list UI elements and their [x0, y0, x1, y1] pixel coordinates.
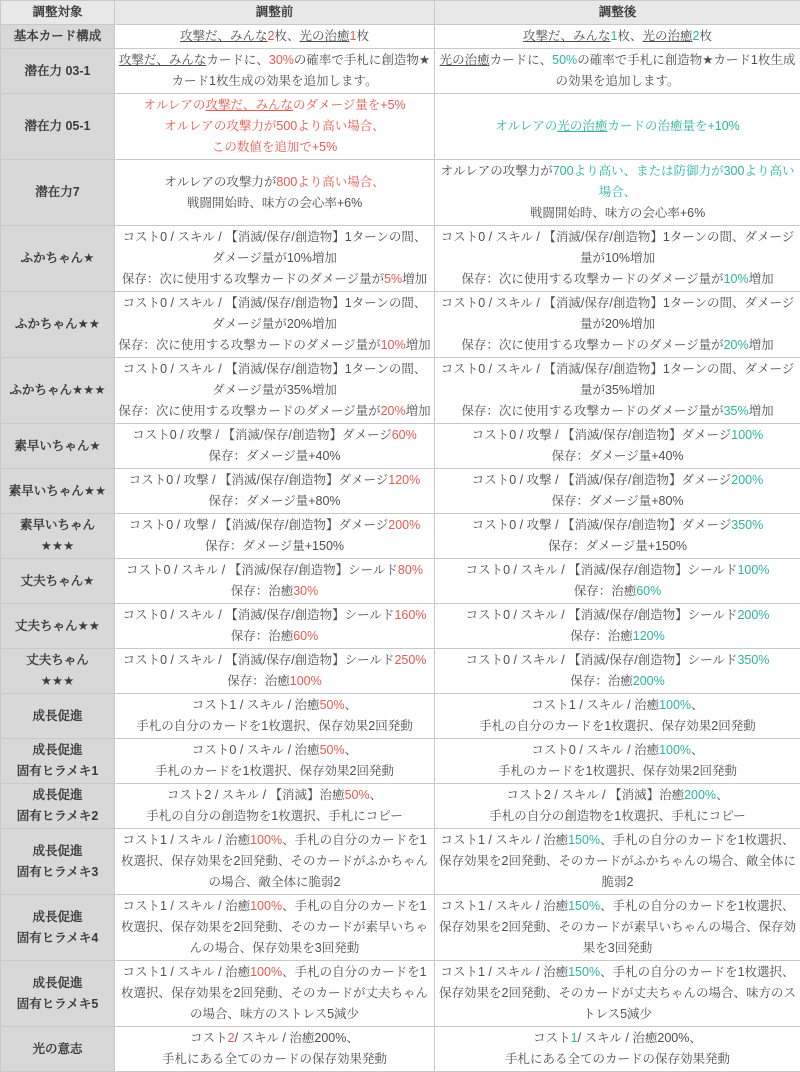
text-segment: 保存：治癒	[574, 584, 637, 598]
text-segment: 戦闘開始時、味方の会心率+6%	[187, 196, 362, 210]
text-segment: カードに、	[206, 53, 269, 67]
after-cell: コスト0 / スキル / 【消滅/保存/創造物】シールド100%保存：治癒60%	[435, 559, 800, 604]
text-line: 攻撃だ、みんな2枚、光の治癒1枚	[118, 26, 431, 47]
header-before: 調整前	[115, 1, 435, 25]
table-row: 素早いちゃん★★コスト0 / 攻撃 / 【消滅/保存/創造物】ダメージ120%保…	[1, 469, 800, 514]
card-name-link[interactable]: 攻撃だ、みんな	[523, 29, 611, 43]
text-segment: 200%	[731, 473, 763, 487]
text-line: 戦闘開始時、味方の会心率+6%	[118, 193, 431, 214]
card-name-link[interactable]: 光の治癒	[557, 119, 607, 133]
target-label-cell: 潜在力7	[1, 160, 115, 226]
text-segment: 増加	[406, 404, 431, 418]
text-line: 攻撃だ、みんな1枚、光の治癒2枚	[438, 26, 797, 47]
text-segment: コスト0 / スキル / 【消滅/保存/創造物】シールド	[466, 653, 738, 667]
text-segment: オルレアの	[143, 98, 205, 112]
table-body: 基本カード構成攻撃だ、みんな2枚、光の治癒1枚攻撃だ、みんな1枚、光の治癒2枚潜…	[1, 25, 800, 1072]
target-label-cell: 成長促進固有ヒラメキ1	[1, 739, 115, 784]
table-row: ふかちゃん★★コスト0 / スキル / 【消滅/保存/創造物】1ターンの間、ダメ…	[1, 292, 800, 358]
target-label-line: 成長促進	[4, 785, 111, 806]
text-segment: 160%	[394, 608, 426, 622]
text-segment: 700より高い、または防御力が300より高い場合、	[553, 164, 795, 199]
text-segment: コスト1 / スキル / 治癒	[122, 899, 250, 913]
target-label-cell: 成長促進固有ヒラメキ4	[1, 895, 115, 961]
table-row: 素早いちゃん★コスト0 / 攻撃 / 【消滅/保存/創造物】ダメージ60%保存：…	[1, 424, 800, 469]
text-segment: コスト0 / 攻撃 / 【消滅/保存/創造物】ダメージ	[132, 428, 392, 442]
text-line: コスト0 / スキル / 治癒100%、	[438, 740, 797, 761]
text-line: コスト1 / スキル / 治癒150%、手札の自分のカードを1枚選択、保存効果を…	[438, 896, 797, 959]
text-segment: 200%	[737, 608, 769, 622]
before-cell: コスト1 / スキル / 治癒100%、手札の自分のカードを1枚選択、保存効果を…	[115, 961, 435, 1027]
text-segment: 100%	[737, 563, 769, 577]
text-segment: 50%	[320, 698, 345, 712]
target-label-line: 潜在力7	[4, 182, 111, 203]
card-name-link[interactable]: 攻撃だ、みんな	[119, 53, 207, 67]
text-segment: コスト0 / スキル / 【消滅/保存/創造物】シールド	[123, 608, 395, 622]
before-cell: コスト2 / スキル / 【消滅】治癒50%、手札の自分の創造物を1枚選択、手札…	[115, 784, 435, 829]
text-segment: 保存：次に使用する攻撃カードのダメージ量が	[461, 338, 723, 352]
text-line: 保存：ダメージ量+80%	[118, 491, 431, 512]
before-cell: コスト0 / スキル / 【消滅/保存/創造物】シールド160%保存：治癒60%	[115, 604, 435, 649]
text-segment: 増加	[402, 272, 427, 286]
text-segment: コスト0 / スキル / 【消滅/保存/創造物】1ターンの間、ダメージ量が20%…	[441, 296, 795, 331]
text-line: 保存：ダメージ量+40%	[118, 446, 431, 467]
text-line: コスト1 / スキル / 治癒100%、手札の自分のカードを1枚選択、保存効果を…	[118, 830, 431, 893]
text-segment: コスト0 / スキル / 【消滅/保存/創造物】1ターンの間、ダメージ量が35%…	[441, 362, 795, 397]
text-segment: 手札にある全てのカードの保存効果発動	[162, 1052, 387, 1066]
after-cell: オルレアの光の治癒カードの治癒量を+10%	[435, 94, 800, 160]
text-segment: のダメージ量を+5%	[293, 98, 406, 112]
text-segment: 保存：次に使用する攻撃カードのダメージ量が	[461, 272, 723, 286]
text-segment: 保存：次に使用する攻撃カードのダメージ量が	[118, 404, 380, 418]
table-row: 丈夫ちゃん★★コスト0 / スキル / 【消滅/保存/創造物】シールド160%保…	[1, 604, 800, 649]
before-cell: コスト0 / スキル / 【消滅/保存/創造物】1ターンの間、ダメージ量が10%…	[115, 226, 435, 292]
text-line: 保存：次に使用する攻撃カードのダメージ量が10%増加	[118, 335, 431, 356]
target-label-line: 光の意志	[4, 1039, 111, 1060]
text-segment: コスト0 / 攻撃 / 【消滅/保存/創造物】ダメージ	[472, 518, 732, 532]
after-cell: コスト1 / スキル / 治癒100%、手札の自分のカードを1枚選択、保存効果2…	[435, 694, 800, 739]
text-line: 手札の自分の創造物を1枚選択、手札にコピー	[118, 806, 431, 827]
text-segment: 200%	[633, 674, 665, 688]
card-name-link[interactable]: 光の治癒	[300, 29, 350, 43]
text-segment: 手札の自分の創造物を1枚選択、手札にコピー	[146, 809, 402, 823]
text-segment: コスト0 / スキル / 【消滅/保存/創造物】シールド	[466, 608, 738, 622]
after-cell: コスト0 / 攻撃 / 【消滅/保存/創造物】ダメージ350%保存：ダメージ量+…	[435, 514, 800, 559]
after-cell: 攻撃だ、みんな1枚、光の治癒2枚	[435, 25, 800, 49]
text-line: コスト0 / 攻撃 / 【消滅/保存/創造物】ダメージ200%	[438, 470, 797, 491]
text-segment: コスト0 / スキル / 【消滅/保存/創造物】シールド	[123, 653, 395, 667]
text-segment: 350%	[731, 518, 763, 532]
target-label-line: ふかちゃん★	[4, 248, 111, 269]
text-segment: 戦闘開始時、味方の会心率+6%	[530, 206, 705, 220]
text-line: コスト0 / スキル / 【消滅/保存/創造物】シールド200%	[438, 605, 797, 626]
text-segment: 150%	[568, 965, 600, 979]
target-label-line: 成長促進	[4, 740, 111, 761]
text-segment: 保存：ダメージ量+150%	[548, 539, 687, 553]
card-name-link[interactable]: 攻撃だ、みんな	[206, 98, 294, 112]
text-segment: 100%	[250, 899, 282, 913]
text-segment: 100%	[659, 743, 691, 757]
card-name-link[interactable]: 光の治癒	[643, 29, 693, 43]
text-segment: 保存：次に使用する攻撃カードのダメージ量が	[122, 272, 384, 286]
table-row: 成長促進固有ヒラメキ2コスト2 / スキル / 【消滅】治癒50%、手札の自分の…	[1, 784, 800, 829]
text-segment: コスト0 / 攻撃 / 【消滅/保存/創造物】ダメージ	[472, 428, 732, 442]
text-segment: コスト1 / スキル / 治癒	[192, 698, 320, 712]
text-segment: 保存：治癒	[231, 584, 294, 598]
before-cell: オルレアの攻撃だ、みんなのダメージ量を+5%オルレアの攻撃力が500より高い場合…	[115, 94, 435, 160]
text-segment: 200%	[684, 788, 716, 802]
text-segment: コスト1 / スキル / 治癒	[122, 833, 250, 847]
text-line: 保存：ダメージ量+150%	[118, 536, 431, 557]
text-line: 光の治癒カードに、50%の確率で手札に創造物★カード1枚生成の効果を追加します。	[438, 50, 797, 92]
text-segment: コスト0 / 攻撃 / 【消滅/保存/創造物】ダメージ	[472, 473, 732, 487]
after-cell: コスト1/ スキル / 治癒200%、手札にある全てのカードの保存効果発動	[435, 1027, 800, 1072]
text-segment: 増加	[749, 338, 774, 352]
before-cell: コスト0 / スキル / 【消滅/保存/創造物】シールド80%保存：治癒30%	[115, 559, 435, 604]
text-segment: 100%	[290, 674, 322, 688]
table-row: 成長促進固有ヒラメキ5コスト1 / スキル / 治癒100%、手札の自分のカード…	[1, 961, 800, 1027]
text-line: コスト0 / スキル / 【消滅/保存/創造物】1ターンの間、ダメージ量が10%…	[438, 227, 797, 269]
text-line: コスト1 / スキル / 治癒150%、手札の自分のカードを1枚選択、保存効果を…	[438, 830, 797, 893]
after-cell: 光の治癒カードに、50%の確率で手札に創造物★カード1枚生成の効果を追加します。	[435, 49, 800, 94]
text-segment: コスト	[190, 1031, 228, 1045]
text-segment: 保存：治癒	[570, 629, 633, 643]
before-cell: コスト0 / スキル / 治癒50%、手札のカードを1枚選択、保存効果2回発動	[115, 739, 435, 784]
text-line: コスト0 / スキル / 【消滅/保存/創造物】1ターンの間、ダメージ量が35%…	[438, 359, 797, 401]
table-header-row: 調整対象 調整前 調整後	[1, 1, 800, 25]
text-line: コスト0 / スキル / 【消滅/保存/創造物】1ターンの間、ダメージ量が10%…	[118, 227, 431, 269]
table-row: 潜在力 03-1攻撃だ、みんなカードに、30%の確率で手札に創造物★カード1枚生…	[1, 49, 800, 94]
text-segment: コスト2 / スキル / 【消滅】治癒	[167, 788, 345, 802]
text-segment: 50%	[320, 743, 345, 757]
text-segment: オルレアの	[495, 119, 557, 133]
text-segment: オルレアの攻撃力が	[441, 164, 553, 178]
target-label-line: 固有ヒラメキ3	[4, 862, 111, 883]
text-line: オルレアの光の治癒カードの治癒量を+10%	[438, 116, 797, 137]
text-segment: 枚、	[617, 29, 642, 43]
text-line: 保存：次に使用する攻撃カードのダメージ量が20%増加	[118, 401, 431, 422]
before-cell: コスト0 / 攻撃 / 【消滅/保存/創造物】ダメージ60%保存：ダメージ量+4…	[115, 424, 435, 469]
card-name-link[interactable]: 攻撃だ、みんな	[180, 29, 268, 43]
text-segment: 保存：ダメージ量+80%	[551, 494, 683, 508]
table-row: 基本カード構成攻撃だ、みんな2枚、光の治癒1枚攻撃だ、みんな1枚、光の治癒2枚	[1, 25, 800, 49]
text-segment: 枚、	[274, 29, 299, 43]
text-line: コスト0 / スキル / 【消滅/保存/創造物】シールド160%	[118, 605, 431, 626]
text-line: オルレアの攻撃力が800より高い場合、	[118, 172, 431, 193]
target-label-line: 潜在力 05-1	[4, 116, 111, 137]
text-line: 手札の自分の創造物を1枚選択、手札にコピー	[438, 806, 797, 827]
target-label-cell: 丈夫ちゃん★	[1, 559, 115, 604]
text-segment: コスト0 / スキル / 【消滅/保存/創造物】シールド	[466, 563, 738, 577]
table-row: ふかちゃん★★★コスト0 / スキル / 【消滅/保存/創造物】1ターンの間、ダ…	[1, 358, 800, 424]
table-row: 素早いちゃん★★★コスト0 / 攻撃 / 【消滅/保存/創造物】ダメージ200%…	[1, 514, 800, 559]
target-label-line: 固有ヒラメキ1	[4, 761, 111, 782]
text-segment: / スキル / 治癒200%、	[235, 1031, 359, 1045]
text-segment: 保存：ダメージ量+40%	[208, 449, 340, 463]
text-segment: 50%	[345, 788, 370, 802]
text-segment: 100%	[250, 833, 282, 847]
target-label-line: ふかちゃん★★	[4, 314, 111, 335]
text-segment: カードに、	[490, 53, 553, 67]
before-cell: 攻撃だ、みんなカードに、30%の確率で手札に創造物★カード1枚生成の効果を追加し…	[115, 49, 435, 94]
text-segment: / スキル / 治癒200%、	[578, 1031, 702, 1045]
table-row: 成長促進固有ヒラメキ1コスト0 / スキル / 治癒50%、手札のカードを1枚選…	[1, 739, 800, 784]
target-label-line: 素早いちゃん★	[4, 436, 111, 457]
text-line: コスト0 / 攻撃 / 【消滅/保存/創造物】ダメージ200%	[118, 515, 431, 536]
target-label-cell: 成長促進固有ヒラメキ3	[1, 829, 115, 895]
text-segment: コスト	[533, 1031, 571, 1045]
text-segment: 150%	[568, 899, 600, 913]
target-label-cell: 素早いちゃん★★★	[1, 514, 115, 559]
text-line: 手札の自分のカードを1枚選択、保存効果2回発動	[438, 716, 797, 737]
text-segment: コスト0 / スキル / 治癒	[192, 743, 320, 757]
text-segment: 20%	[381, 404, 406, 418]
before-cell: コスト2/ スキル / 治癒200%、手札にある全てのカードの保存効果発動	[115, 1027, 435, 1072]
text-line: 保存：治癒60%	[438, 581, 797, 602]
after-cell: コスト0 / スキル / 【消滅/保存/創造物】1ターンの間、ダメージ量が10%…	[435, 226, 800, 292]
text-line: 保存：ダメージ量+150%	[438, 536, 797, 557]
text-line: コスト2/ スキル / 治癒200%、	[118, 1028, 431, 1049]
target-label-line: 成長促進	[4, 706, 111, 727]
before-cell: コスト1 / スキル / 治癒100%、手札の自分のカードを1枚選択、保存効果を…	[115, 829, 435, 895]
text-line: 攻撃だ、みんなカードに、30%の確率で手札に創造物★カード1枚生成の効果を追加し…	[118, 50, 431, 92]
text-line: 戦闘開始時、味方の会心率+6%	[438, 203, 797, 224]
text-segment: コスト0 / 攻撃 / 【消滅/保存/創造物】ダメージ	[129, 518, 389, 532]
target-label-line: 固有ヒラメキ5	[4, 994, 111, 1015]
text-segment: 保存：ダメージ量+150%	[205, 539, 344, 553]
table-row: 光の意志コスト2/ スキル / 治癒200%、手札にある全てのカードの保存効果発…	[1, 1027, 800, 1072]
text-segment: コスト0 / スキル / 治癒	[531, 743, 659, 757]
before-cell: コスト1 / スキル / 治癒50%、手札の自分のカードを1枚選択、保存効果2回…	[115, 694, 435, 739]
table-row: 潜在力7オルレアの攻撃力が800より高い場合、戦闘開始時、味方の会心率+6%オル…	[1, 160, 800, 226]
target-label-cell: 成長促進	[1, 694, 115, 739]
text-segment: 60%	[636, 584, 661, 598]
text-segment: コスト0 / スキル / 【消滅/保存/創造物】シールド	[126, 563, 398, 577]
header-after: 調整後	[435, 1, 800, 25]
text-line: この数値を追加で+5%	[118, 137, 431, 158]
text-line: コスト2 / スキル / 【消滅】治癒200%、	[438, 785, 797, 806]
text-segment: コスト1 / スキル / 治癒	[122, 965, 250, 979]
target-label-line: 成長促進	[4, 841, 111, 862]
text-line: 手札にある全てのカードの保存効果発動	[118, 1049, 431, 1070]
text-segment: 枚	[356, 29, 369, 43]
text-segment: 100%	[731, 428, 763, 442]
text-segment: 120%	[388, 473, 420, 487]
text-line: コスト0 / 攻撃 / 【消滅/保存/創造物】ダメージ120%	[118, 470, 431, 491]
target-label-line: ふかちゃん★★★	[4, 380, 111, 401]
text-segment: 保存：治癒	[231, 629, 294, 643]
text-line: コスト0 / スキル / 【消滅/保存/創造物】シールド350%	[438, 650, 797, 671]
text-line: コスト0 / スキル / 【消滅/保存/創造物】シールド250%	[118, 650, 431, 671]
target-label-cell: 丈夫ちゃん★★	[1, 604, 115, 649]
target-label-line: 固有ヒラメキ2	[4, 806, 111, 827]
text-segment: 手札の自分の創造物を1枚選択、手札にコピー	[489, 809, 745, 823]
text-segment: コスト1 / スキル / 治癒	[440, 899, 568, 913]
text-segment: 60%	[392, 428, 417, 442]
text-line: 手札のカードを1枚選択、保存効果2回発動	[438, 761, 797, 782]
target-label-line: 固有ヒラメキ4	[4, 928, 111, 949]
text-segment: コスト1 / スキル / 治癒	[531, 698, 659, 712]
text-segment: 、	[345, 698, 358, 712]
text-segment: 保存：次に使用する攻撃カードのダメージ量が	[461, 404, 723, 418]
before-cell: コスト1 / スキル / 治癒100%、手札の自分のカードを1枚選択、保存効果を…	[115, 895, 435, 961]
text-line: コスト1 / スキル / 治癒100%、手札の自分のカードを1枚選択、保存効果を…	[118, 962, 431, 1025]
after-cell: コスト1 / スキル / 治癒150%、手札の自分のカードを1枚選択、保存効果を…	[435, 895, 800, 961]
target-label-cell: ふかちゃん★★	[1, 292, 115, 358]
text-segment: 保存：ダメージ量+80%	[208, 494, 340, 508]
text-segment: 30%	[293, 584, 318, 598]
text-segment: 、	[370, 788, 383, 802]
target-label-cell: 基本カード構成	[1, 25, 115, 49]
text-segment: 60%	[293, 629, 318, 643]
text-line: 保存：治癒200%	[438, 671, 797, 692]
text-line: コスト2 / スキル / 【消滅】治癒50%、	[118, 785, 431, 806]
after-cell: コスト1 / スキル / 治癒150%、手札の自分のカードを1枚選択、保存効果を…	[435, 829, 800, 895]
target-label-cell: 素早いちゃん★	[1, 424, 115, 469]
text-segment: 100%	[250, 965, 282, 979]
target-label-cell: ふかちゃん★	[1, 226, 115, 292]
text-segment: 5%	[384, 272, 402, 286]
text-line: 保存：治癒100%	[118, 671, 431, 692]
text-segment: 1	[571, 1031, 578, 1045]
text-segment: コスト0 / スキル / 【消滅/保存/創造物】1ターンの間、ダメージ量が10%…	[123, 230, 427, 265]
text-segment: 保存：治癒	[227, 674, 290, 688]
target-label-line: 成長促進	[4, 907, 111, 928]
text-line: 手札の自分のカードを1枚選択、保存効果2回発動	[118, 716, 431, 737]
before-cell: コスト0 / 攻撃 / 【消滅/保存/創造物】ダメージ120%保存：ダメージ量+…	[115, 469, 435, 514]
text-line: コスト0 / スキル / 【消滅/保存/創造物】1ターンの間、ダメージ量が20%…	[118, 293, 431, 335]
text-segment: 増加	[749, 404, 774, 418]
text-segment: 30%	[269, 53, 294, 67]
text-line: コスト0 / スキル / 治癒50%、	[118, 740, 431, 761]
target-label-cell: 素早いちゃん★★	[1, 469, 115, 514]
target-label-cell: 丈夫ちゃん★★★	[1, 649, 115, 694]
text-line: コスト0 / スキル / 【消滅/保存/創造物】1ターンの間、ダメージ量が20%…	[438, 293, 797, 335]
text-segment: オルレアの攻撃力が500より高い場合、	[164, 119, 385, 133]
text-line: 手札のカードを1枚選択、保存効果2回発動	[118, 761, 431, 782]
after-cell: コスト0 / スキル / 【消滅/保存/創造物】1ターンの間、ダメージ量が20%…	[435, 292, 800, 358]
text-segment: 10%	[724, 272, 749, 286]
text-segment: オルレアの攻撃力が	[164, 175, 276, 189]
text-segment: 50%	[552, 53, 577, 67]
after-cell: コスト0 / 攻撃 / 【消滅/保存/創造物】ダメージ200%保存：ダメージ量+…	[435, 469, 800, 514]
text-segment: コスト1 / スキル / 治癒	[440, 965, 568, 979]
text-line: 保存：治癒120%	[438, 626, 797, 647]
text-line: 保存：ダメージ量+40%	[438, 446, 797, 467]
text-segment: 800より高い場合、	[276, 175, 384, 189]
text-segment: 増加	[749, 272, 774, 286]
text-segment: 保存：ダメージ量+40%	[551, 449, 683, 463]
target-label-line: 素早いちゃん	[4, 515, 111, 536]
after-cell: コスト0 / スキル / 【消滅/保存/創造物】シールド350%保存：治癒200…	[435, 649, 800, 694]
target-label-cell: ふかちゃん★★★	[1, 358, 115, 424]
text-segment: 150%	[568, 833, 600, 847]
text-line: 保存：次に使用する攻撃カードのダメージ量が5%増加	[118, 269, 431, 290]
text-line: コスト1 / スキル / 治癒100%、	[438, 695, 797, 716]
text-segment: 増加	[406, 338, 431, 352]
text-line: コスト1 / スキル / 治癒100%、手札の自分のカードを1枚選択、保存効果を…	[118, 896, 431, 959]
text-segment: 手札の自分のカードを1枚選択、保存効果2回発動	[479, 719, 755, 733]
target-label-line: ★★★	[4, 671, 111, 692]
text-line: 保存：次に使用する攻撃カードのダメージ量が10%増加	[438, 269, 797, 290]
table-row: 成長促進固有ヒラメキ4コスト1 / スキル / 治癒100%、手札の自分のカード…	[1, 895, 800, 961]
target-label-line: 基本カード構成	[4, 26, 111, 47]
text-segment: 250%	[394, 653, 426, 667]
text-segment: コスト0 / スキル / 【消滅/保存/創造物】1ターンの間、ダメージ量が35%…	[123, 362, 427, 397]
text-line: コスト0 / 攻撃 / 【消滅/保存/創造物】ダメージ100%	[438, 425, 797, 446]
table-row: 丈夫ちゃん★コスト0 / スキル / 【消滅/保存/創造物】シールド80%保存：…	[1, 559, 800, 604]
text-segment: 350%	[737, 653, 769, 667]
text-line: コスト0 / スキル / 【消滅/保存/創造物】シールド80%	[118, 560, 431, 581]
text-segment: 2	[228, 1031, 235, 1045]
table-row: ふかちゃん★コスト0 / スキル / 【消滅/保存/創造物】1ターンの間、ダメー…	[1, 226, 800, 292]
text-line: コスト1 / スキル / 治癒150%、手札の自分のカードを1枚選択、保存効果を…	[438, 962, 797, 1025]
text-segment: 枚	[699, 29, 712, 43]
target-label-line: 潜在力 03-1	[4, 61, 111, 82]
table-row: 成長促進固有ヒラメキ3コスト1 / スキル / 治癒100%、手札の自分のカード…	[1, 829, 800, 895]
text-line: 保存：治癒60%	[118, 626, 431, 647]
card-name-link[interactable]: 光の治癒	[440, 53, 490, 67]
text-segment: コスト1 / スキル / 治癒	[440, 833, 568, 847]
text-segment: コスト2 / スキル / 【消滅】治癒	[506, 788, 684, 802]
text-segment: この数値を追加で+5%	[212, 140, 337, 154]
table-row: 丈夫ちゃん★★★コスト0 / スキル / 【消滅/保存/創造物】シールド250%…	[1, 649, 800, 694]
table-row: 成長促進コスト1 / スキル / 治癒50%、手札の自分のカードを1枚選択、保存…	[1, 694, 800, 739]
text-segment: 保存：治癒	[570, 674, 633, 688]
after-cell: コスト1 / スキル / 治癒150%、手札の自分のカードを1枚選択、保存効果を…	[435, 961, 800, 1027]
after-cell: コスト2 / スキル / 【消滅】治癒200%、手札の自分の創造物を1枚選択、手…	[435, 784, 800, 829]
target-label-line: 丈夫ちゃん★	[4, 571, 111, 592]
text-segment: コスト0 / スキル / 【消滅/保存/創造物】1ターンの間、ダメージ量が10%…	[441, 230, 795, 265]
target-label-line: 丈夫ちゃん★★	[4, 616, 111, 637]
text-line: コスト1/ スキル / 治癒200%、	[438, 1028, 797, 1049]
text-segment: 200%	[388, 518, 420, 532]
text-line: オルレアの攻撃力が500より高い場合、	[118, 116, 431, 137]
target-label-line: ★★★	[4, 536, 111, 557]
text-segment: 80%	[398, 563, 423, 577]
before-cell: オルレアの攻撃力が800より高い場合、戦闘開始時、味方の会心率+6%	[115, 160, 435, 226]
text-segment: 手札のカードを1枚選択、保存効果2回発動	[155, 764, 394, 778]
text-segment: 、	[345, 743, 358, 757]
target-label-line: 丈夫ちゃん	[4, 650, 111, 671]
text-segment: コスト0 / スキル / 【消滅/保存/創造物】1ターンの間、ダメージ量が20%…	[123, 296, 427, 331]
text-segment: 、	[716, 788, 729, 802]
after-cell: コスト0 / 攻撃 / 【消滅/保存/創造物】ダメージ100%保存：ダメージ量+…	[435, 424, 800, 469]
text-segment: 手札にある全てのカードの保存効果発動	[505, 1052, 730, 1066]
before-cell: コスト0 / スキル / 【消滅/保存/創造物】シールド250%保存：治癒100…	[115, 649, 435, 694]
text-segment: 10%	[381, 338, 406, 352]
text-segment: 手札のカードを1枚選択、保存効果2回発動	[498, 764, 737, 778]
table-row: 潜在力 05-1オルレアの攻撃だ、みんなのダメージ量を+5%オルレアの攻撃力が5…	[1, 94, 800, 160]
before-cell: コスト0 / スキル / 【消滅/保存/創造物】1ターンの間、ダメージ量が20%…	[115, 292, 435, 358]
text-line: コスト1 / スキル / 治癒50%、	[118, 695, 431, 716]
text-segment: の確率で手札に創造物★カード1枚生成の効果を追加します。	[555, 53, 795, 88]
target-label-cell: 成長促進固有ヒラメキ5	[1, 961, 115, 1027]
target-label-line: 素早いちゃん★★	[4, 481, 111, 502]
after-cell: コスト0 / スキル / 【消滅/保存/創造物】1ターンの間、ダメージ量が35%…	[435, 358, 800, 424]
target-label-cell: 潜在力 05-1	[1, 94, 115, 160]
text-segment: 35%	[724, 404, 749, 418]
after-cell: コスト0 / スキル / 【消滅/保存/創造物】シールド200%保存：治癒120…	[435, 604, 800, 649]
text-line: 保存：ダメージ量+80%	[438, 491, 797, 512]
text-line: コスト0 / スキル / 【消滅/保存/創造物】1ターンの間、ダメージ量が35%…	[118, 359, 431, 401]
text-line: 保存：次に使用する攻撃カードのダメージ量が20%増加	[438, 335, 797, 356]
after-cell: オルレアの攻撃力が700より高い、または防御力が300より高い場合、戦闘開始時、…	[435, 160, 800, 226]
after-cell: コスト0 / スキル / 治癒100%、手札のカードを1枚選択、保存効果2回発動	[435, 739, 800, 784]
text-segment: 手札の自分のカードを1枚選択、保存効果2回発動	[136, 719, 412, 733]
target-label-line: 成長促進	[4, 973, 111, 994]
before-cell: コスト0 / 攻撃 / 【消滅/保存/創造物】ダメージ200%保存：ダメージ量+…	[115, 514, 435, 559]
text-line: 保存：次に使用する攻撃カードのダメージ量が35%増加	[438, 401, 797, 422]
